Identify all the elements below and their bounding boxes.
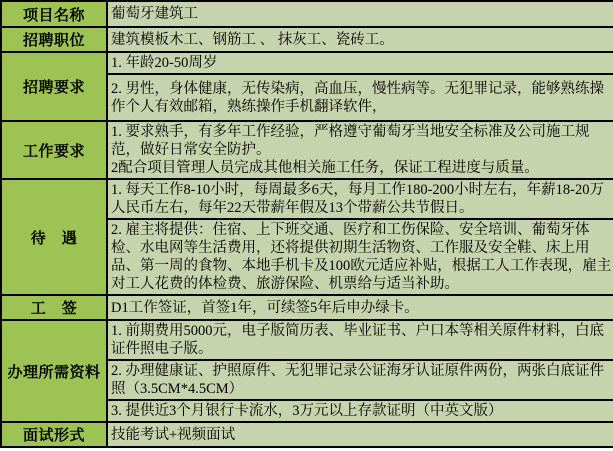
row-project-name: 项目名称 葡萄牙建筑工 bbox=[1, 1, 613, 27]
positions-label: 招聘职位 bbox=[1, 27, 107, 52]
row-visa: 工 签 D1工作签证，首签1年，可续签5年后申办绿卡。 bbox=[1, 295, 613, 320]
recruit-req-item1: 1. 年龄20-50周岁 bbox=[107, 52, 613, 74]
work-req-content: 1. 要求熟手，有多年工作经验，严格遵守葡萄牙当地安全标准及公司施工规范，做好日… bbox=[107, 121, 613, 179]
interview-value: 技能考试+视频面试 bbox=[107, 422, 613, 447]
benefits-item2: 2. 雇主将提供：住宿、上下班交通、医疗和工伤保险、安全培训、葡萄牙体检、水电网… bbox=[107, 219, 613, 295]
work-req-item1: 1. 要求熟手，有多年工作经验，严格遵守葡萄牙当地安全标准及公司施工规范，做好日… bbox=[111, 123, 613, 159]
row-work-req: 工作要求 1. 要求熟手，有多年工作经验，严格遵守葡萄牙当地安全标准及公司施工规… bbox=[1, 121, 613, 179]
positions-value: 建筑模板木工、钢筋工 、 抹灰工、瓷砖工。 bbox=[107, 27, 613, 52]
project-name-label: 项目名称 bbox=[1, 1, 107, 27]
benefits-item1: 1. 每天工作8-10小时，每周最多6天，每月工作180-200小时左右，年薪1… bbox=[107, 179, 613, 219]
benefits-label: 待 遇 bbox=[1, 179, 107, 295]
interview-label: 面试形式 bbox=[1, 422, 107, 447]
materials-label: 办理所需资料 bbox=[1, 320, 107, 422]
job-posting-table: 项目名称 葡萄牙建筑工 招聘职位 建筑模板木工、钢筋工 、 抹灰工、瓷砖工。 招… bbox=[0, 0, 613, 448]
recruit-req-label: 招聘要求 bbox=[1, 52, 107, 121]
materials-item1: 1. 前期费用5000元，电子版简历表、毕业证书、户口本等相关原件材料，白底证件… bbox=[107, 320, 613, 360]
visa-value: D1工作签证，首签1年，可续签5年后申办绿卡。 bbox=[107, 295, 613, 320]
materials-item2: 2. 办理健康证、护照原件、无犯罪记录公证海牙认证原件两份，两张白底证件照（3.… bbox=[107, 360, 613, 400]
work-req-item2: 2配合项目管理人员完成其他相关施工任务，保证工程进度与质量。 bbox=[111, 159, 613, 177]
recruit-req-item2: 2. 男性，身体健康，无传染病，高血压，慢性病等。无犯罪记录，能够熟练操作个人有… bbox=[107, 74, 613, 121]
row-benefits-1: 待 遇 1. 每天工作8-10小时，每周最多6天，每月工作180-200小时左右… bbox=[1, 179, 613, 219]
row-recruit-req-1: 招聘要求 1. 年龄20-50周岁 bbox=[1, 52, 613, 74]
materials-item3: 3. 提供近3个月银行卡流水，3万元以上存款证明（中英文版） bbox=[107, 400, 613, 422]
row-materials-1: 办理所需资料 1. 前期费用5000元，电子版简历表、毕业证书、户口本等相关原件… bbox=[1, 320, 613, 360]
work-req-label: 工作要求 bbox=[1, 121, 107, 179]
row-positions: 招聘职位 建筑模板木工、钢筋工 、 抹灰工、瓷砖工。 bbox=[1, 27, 613, 52]
row-interview: 面试形式 技能考试+视频面试 bbox=[1, 422, 613, 447]
visa-label: 工 签 bbox=[1, 295, 107, 320]
project-name-value: 葡萄牙建筑工 bbox=[107, 1, 613, 27]
